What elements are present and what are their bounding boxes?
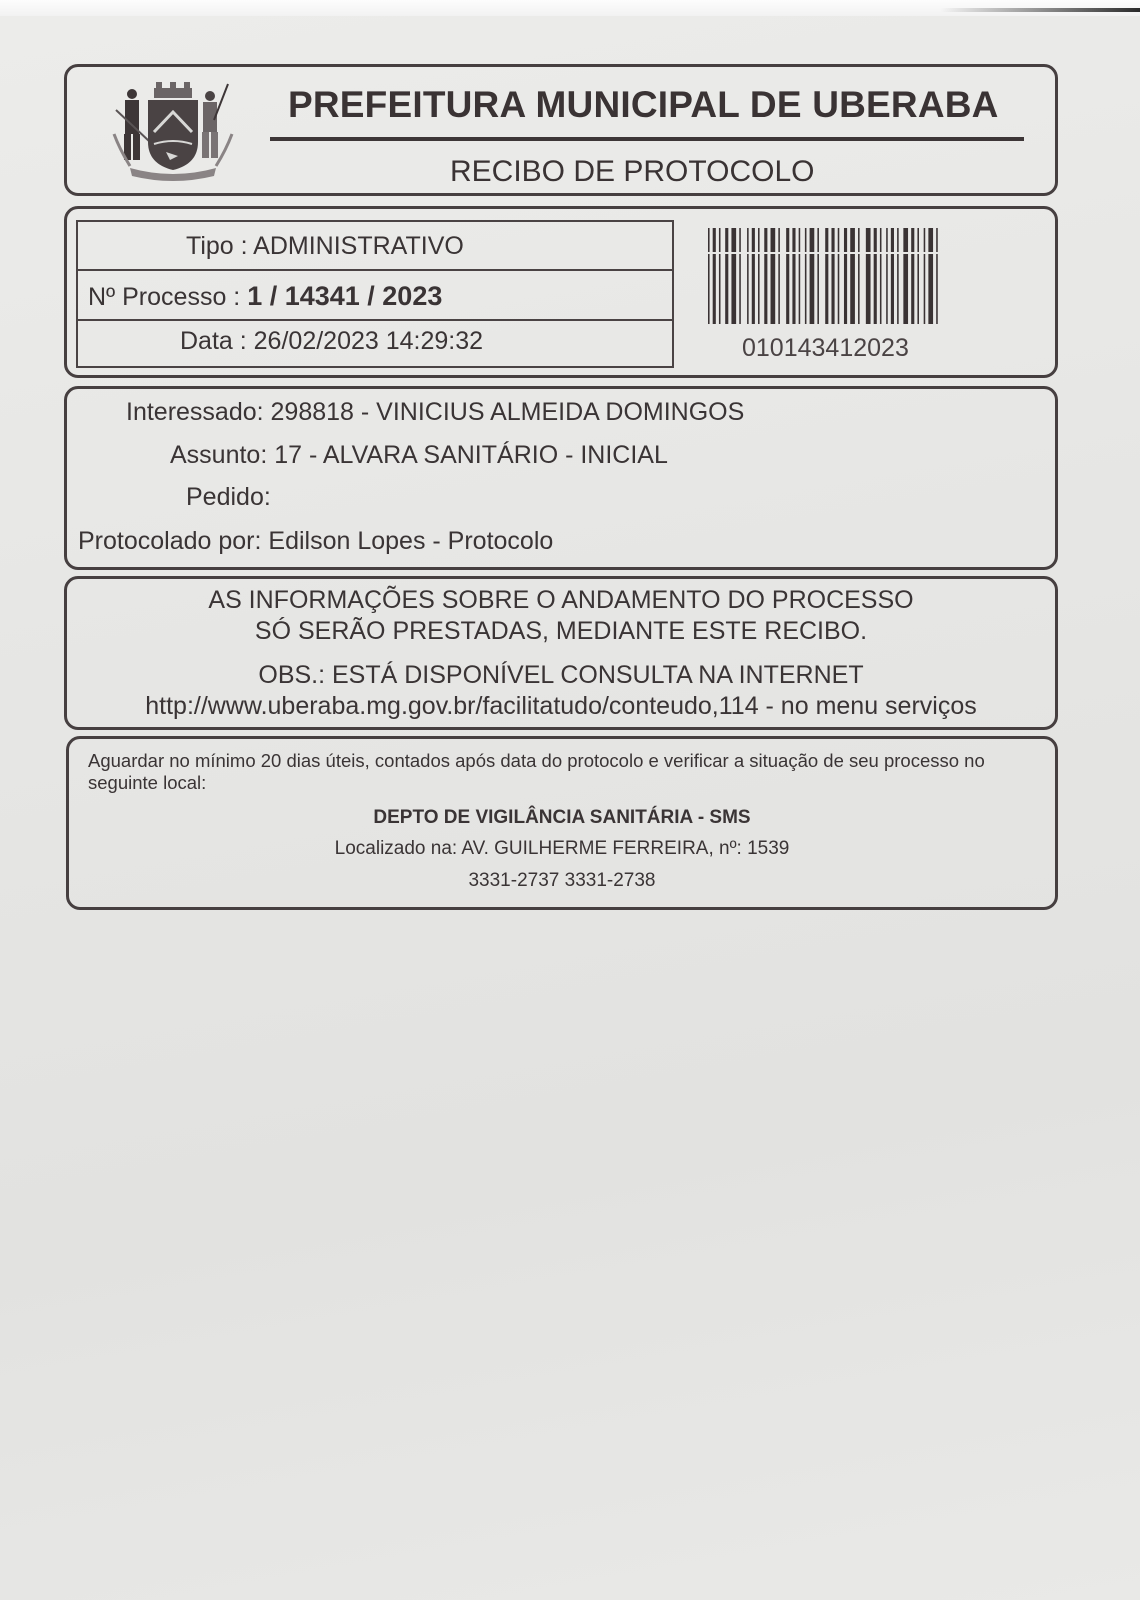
barcode-number: 010143412023	[742, 334, 909, 363]
tipo-row: Tipo : ADMINISTRATIVO	[78, 222, 672, 271]
pedido-label: Pedido:	[186, 483, 271, 511]
page-title: PREFEITURA MUNICIPAL DE UBERABA	[288, 84, 999, 126]
interessado-value: 298818 - VINICIUS ALMEIDA DOMINGOS	[271, 398, 745, 426]
pedido-field: Pedido:	[186, 483, 271, 512]
processo-row: Nº Processo : 1 / 14341 / 2023	[78, 271, 672, 321]
assunto-value: 17 - ALVARA SANITÁRIO - INICIAL	[274, 441, 668, 469]
protocolado-label: Protocolado por:	[78, 527, 268, 555]
tipo-value: ADMINISTRATIVO	[253, 232, 464, 260]
tipo-label: Tipo :	[186, 232, 253, 260]
title-divider	[270, 137, 1024, 141]
interessado-field: Interessado: 298818 - VINICIUS ALMEIDA D…	[126, 398, 744, 427]
data-value: 26/02/2023 14:29:32	[254, 327, 483, 355]
protocolado-field: Protocolado por: Edilson Lopes - Protoco…	[78, 527, 553, 556]
assunto-label: Assunto:	[170, 441, 274, 469]
receipt-subtitle: RECIBO DE PROTOCOLO	[450, 155, 815, 189]
department-phones: 3331-2737 3331-2738	[66, 870, 1058, 892]
processo-label: Nº Processo :	[88, 283, 247, 311]
process-info-table: Tipo : ADMINISTRATIVO Nº Processo : 1 / …	[76, 220, 674, 368]
assunto-field: Assunto: 17 - ALVARA SANITÁRIO - INICIAL	[170, 441, 668, 470]
interessado-label: Interessado:	[126, 398, 271, 426]
notice-obs: OBS.: ESTÁ DISPONÍVEL CONSULTA NA INTERN…	[64, 661, 1058, 690]
department-address: Localizado na: AV. GUILHERME FERREIRA, n…	[66, 838, 1058, 860]
processo-number: 1 / 14341 / 2023	[247, 281, 442, 311]
department-name: DEPTO DE VIGILÂNCIA SANITÁRIA - SMS	[66, 807, 1058, 829]
notice-line-2: SÓ SERÃO PRESTADAS, MEDIANTE ESTE RECIBO…	[64, 617, 1058, 646]
data-label: Data :	[180, 327, 254, 355]
data-row: Data : 26/02/2023 14:29:32	[78, 321, 672, 366]
wait-instructions: Aguardar no mínimo 20 dias úteis, contad…	[88, 750, 1028, 794]
notice-url: http://www.uberaba.mg.gov.br/facilitatud…	[64, 692, 1058, 721]
protocolado-value: Edilson Lopes - Protocolo	[268, 527, 553, 555]
coat-of-arms-icon	[110, 80, 236, 184]
notice-line-1: AS INFORMAÇÕES SOBRE O ANDAMENTO DO PROC…	[64, 586, 1058, 615]
barcode-icon	[708, 228, 944, 324]
page-edge	[0, 0, 1140, 16]
